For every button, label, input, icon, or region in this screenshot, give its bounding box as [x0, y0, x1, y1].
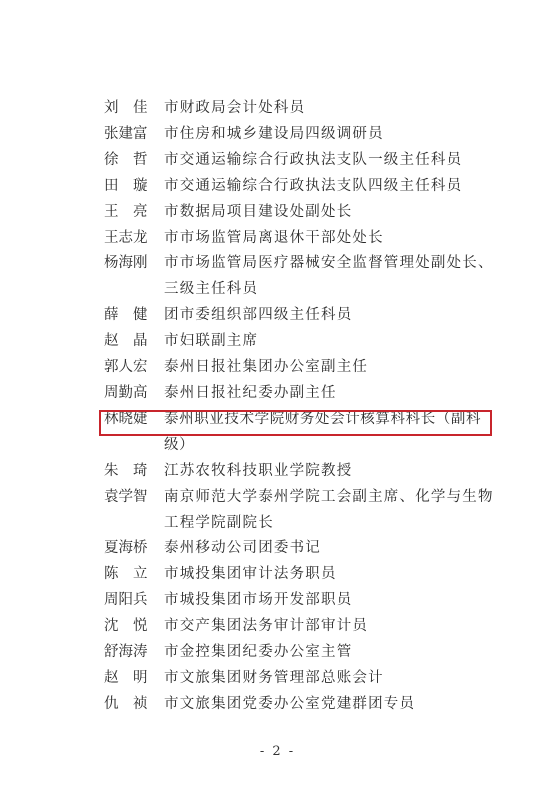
- person-name: 郭人宏: [104, 355, 164, 381]
- person-title: 市文旅集团财务管理部总账会计: [164, 666, 504, 692]
- list-item: 周勤高泰州日报社纪委办副主任: [104, 381, 504, 407]
- personnel-list: 刘 佳市财政局会计处科员 张建富市住房和城乡建设局四级调研员 徐 哲市交通运输综…: [104, 96, 504, 718]
- person-title: 市妇联副主席: [164, 329, 504, 355]
- list-item: 舒海涛市金控集团纪委办公室主管: [104, 640, 504, 666]
- list-item: 徐 哲市交通运输综合行政执法支队一级主任科员: [104, 148, 504, 174]
- list-item: 郭人宏泰州日报社集团办公室副主任: [104, 355, 504, 381]
- person-name: 刘 佳: [104, 96, 164, 122]
- list-item: 赵 明市文旅集团财务管理部总账会计: [104, 666, 504, 692]
- list-item: 仇 祯市文旅集团党委办公室党建群团专员: [104, 692, 504, 718]
- list-item: 赵 晶市妇联副主席: [104, 329, 504, 355]
- person-name: 舒海涛: [104, 640, 164, 666]
- person-name: 王志龙: [104, 226, 164, 252]
- list-item: 夏海桥泰州移动公司团委书记: [104, 536, 504, 562]
- person-name: 陈 立: [104, 562, 164, 588]
- list-item: 王 亮市数据局项目建设处副处长: [104, 200, 504, 226]
- person-title: 南京师范大学泰州学院工会副主席、化学与生物工程学院副院长: [164, 485, 504, 537]
- person-name: 徐 哲: [104, 148, 164, 174]
- person-title: 市城投集团审计法务职员: [164, 562, 504, 588]
- person-name: 张建富: [104, 122, 164, 148]
- list-item: 田 璇市交通运输综合行政执法支队四级主任科员: [104, 174, 504, 200]
- list-item: 杨海刚市市场监管局医疗器械安全监督管理处副处长、三级主任科员: [104, 251, 504, 303]
- highlight-box: [99, 410, 492, 436]
- page-number: - 2 -: [0, 744, 555, 759]
- person-name: 袁学智: [104, 485, 164, 511]
- person-title: 江苏农牧科技职业学院教授: [164, 459, 504, 485]
- person-title: 市数据局项目建设处副处长: [164, 200, 504, 226]
- list-item: 周阳兵市城投集团市场开发部职员: [104, 588, 504, 614]
- person-name: 薛 健: [104, 303, 164, 329]
- person-name: 周勤高: [104, 381, 164, 407]
- person-title: 市金控集团纪委办公室主管: [164, 640, 504, 666]
- person-name: 沈 悦: [104, 614, 164, 640]
- person-name: 周阳兵: [104, 588, 164, 614]
- person-name: 杨海刚: [104, 251, 164, 277]
- list-item: 陈 立市城投集团审计法务职员: [104, 562, 504, 588]
- person-title: 市住房和城乡建设局四级调研员: [164, 122, 504, 148]
- list-item: 刘 佳市财政局会计处科员: [104, 96, 504, 122]
- person-title: 泰州移动公司团委书记: [164, 536, 504, 562]
- person-title: 市市场监管局离退休干部处处长: [164, 226, 504, 252]
- person-name: 田 璇: [104, 174, 164, 200]
- person-title: 市交通运输综合行政执法支队四级主任科员: [164, 174, 504, 200]
- person-title: 泰州日报社纪委办副主任: [164, 381, 504, 407]
- person-title: 市交通运输综合行政执法支队一级主任科员: [164, 148, 504, 174]
- person-title: 市交产集团法务审计部审计员: [164, 614, 504, 640]
- person-title: 泰州日报社集团办公室副主任: [164, 355, 504, 381]
- list-item: 张建富市住房和城乡建设局四级调研员: [104, 122, 504, 148]
- person-title: 市文旅集团党委办公室党建群团专员: [164, 692, 504, 718]
- list-item: 袁学智南京师范大学泰州学院工会副主席、化学与生物工程学院副院长: [104, 485, 504, 537]
- person-name: 夏海桥: [104, 536, 164, 562]
- person-title: 市城投集团市场开发部职员: [164, 588, 504, 614]
- person-name: 仇 祯: [104, 692, 164, 718]
- person-name: 赵 明: [104, 666, 164, 692]
- list-item: 王志龙市市场监管局离退休干部处处长: [104, 226, 504, 252]
- list-item: 薛 健团市委组织部四级主任科员: [104, 303, 504, 329]
- person-name: 朱 琦: [104, 459, 164, 485]
- person-title: 市市场监管局医疗器械安全监督管理处副处长、三级主任科员: [164, 251, 504, 303]
- person-title: 市财政局会计处科员: [164, 96, 504, 122]
- person-name: 王 亮: [104, 200, 164, 226]
- person-name: 赵 晶: [104, 329, 164, 355]
- person-title: 团市委组织部四级主任科员: [164, 303, 504, 329]
- list-item: 沈 悦市交产集团法务审计部审计员: [104, 614, 504, 640]
- list-item: 朱 琦江苏农牧科技职业学院教授: [104, 459, 504, 485]
